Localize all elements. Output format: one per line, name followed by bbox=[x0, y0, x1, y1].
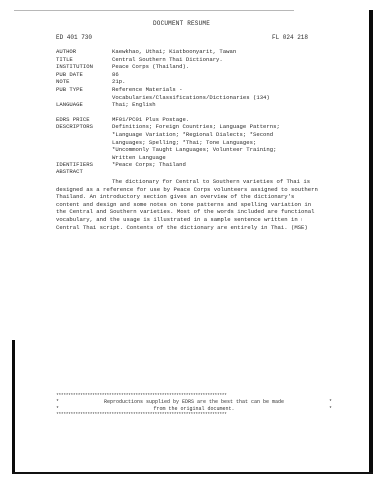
right-border-bar bbox=[369, 10, 373, 474]
abstract-label: ABSTRACT bbox=[56, 168, 83, 175]
top-rule bbox=[14, 10, 294, 11]
field-value: Definitions; Foreign Countries; Language… bbox=[112, 123, 362, 161]
field-label: PUB TYPE bbox=[56, 86, 112, 101]
field-identifiers: IDENTIFIERS *Peace Corps; Thailand bbox=[56, 161, 362, 169]
field-value: Peace Corps (Thailand). bbox=[112, 63, 362, 71]
fl-number: FL 024 218 bbox=[272, 34, 308, 41]
field-label: INSTITUTION bbox=[56, 63, 112, 71]
ed-number: ED 401 730 bbox=[56, 34, 92, 41]
field-value: MF01/PC01 Plus Postage. bbox=[112, 116, 362, 124]
field-label: AUTHOR bbox=[56, 48, 112, 56]
field-edrs-price: EDRS PRICE MF01/PC01 Plus Postage. bbox=[56, 116, 362, 124]
field-language: LANGUAGE Thai; English bbox=[56, 101, 362, 109]
field-label: LANGUAGE bbox=[56, 101, 112, 109]
metadata-fields: AUTHOR Kaewkhao, Uthai; Kiatboonyarit, T… bbox=[56, 48, 362, 169]
star-border-bottom: ****************************************… bbox=[56, 412, 332, 418]
field-value: Central Southern Thai Dictionary. bbox=[112, 56, 362, 64]
field-label: TITLE bbox=[56, 56, 112, 64]
field-label: DESCRIPTORS bbox=[56, 123, 112, 161]
field-pub-date: PUB DATE 86 bbox=[56, 71, 362, 79]
field-label: NOTE bbox=[56, 78, 112, 86]
document-title: DOCUMENT RESUME bbox=[0, 20, 387, 27]
field-title: TITLE Central Southern Thai Dictionary. bbox=[56, 56, 362, 64]
field-value: Thai; English bbox=[112, 101, 362, 109]
field-label: EDRS PRICE bbox=[56, 116, 112, 124]
field-value: 21p. bbox=[112, 78, 362, 86]
field-author: AUTHOR Kaewkhao, Uthai; Kiatboonyarit, T… bbox=[56, 48, 362, 56]
field-note: NOTE 21p. bbox=[56, 78, 362, 86]
field-descriptors: DESCRIPTORS Definitions; Foreign Countri… bbox=[56, 123, 362, 161]
field-value: *Peace Corps; Thailand bbox=[112, 161, 362, 169]
field-label: PUB DATE bbox=[56, 71, 112, 79]
field-institution: INSTITUTION Peace Corps (Thailand). bbox=[56, 63, 362, 71]
abstract-text: The dictionary for Central to Southern v… bbox=[56, 178, 321, 231]
field-value: 86 bbox=[112, 71, 362, 79]
field-value: Reference Materials - Vocabularies/Class… bbox=[112, 86, 362, 101]
field-value: Kaewkhao, Uthai; Kiatboonyarit, Tawan bbox=[112, 48, 362, 56]
field-pub-type: PUB TYPE Reference Materials - Vocabular… bbox=[56, 86, 362, 101]
reproduction-notice: ****************************************… bbox=[56, 393, 332, 419]
left-border-bar bbox=[12, 340, 15, 474]
spacer bbox=[56, 109, 362, 116]
star-edge: * bbox=[329, 406, 332, 412]
scan-speck bbox=[301, 218, 302, 221]
bottom-border-bar bbox=[12, 472, 373, 474]
